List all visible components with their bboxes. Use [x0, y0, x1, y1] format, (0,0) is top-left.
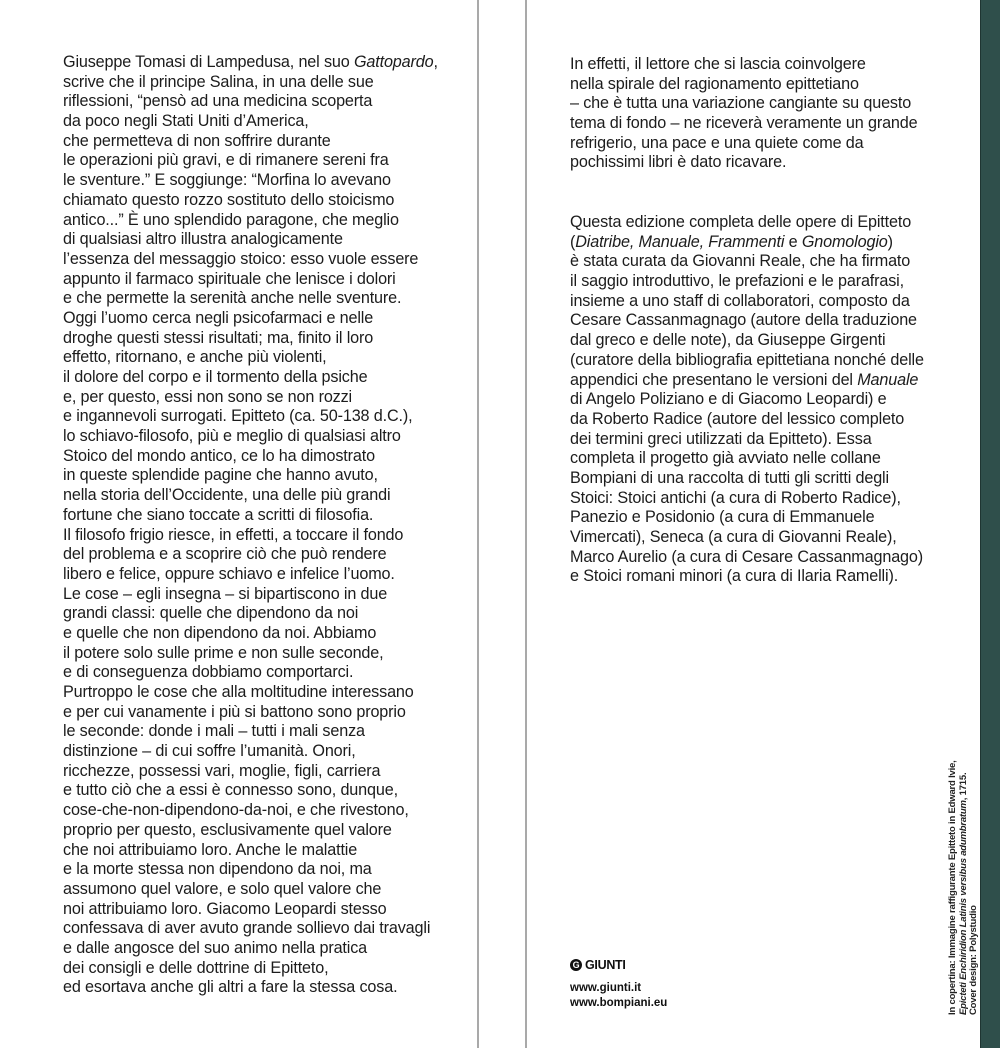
- cover-credits: In copertina: Immagine raffigurante Epit…: [948, 760, 980, 1015]
- text-line: Panezio e Posidonio (a cura di Emmanuele: [570, 508, 924, 528]
- text-line: Marco Aurelio (a cura di Cesare Cassanma…: [570, 548, 924, 568]
- text-line: e che permette la serenità anche nelle s…: [63, 289, 438, 309]
- text-line: e per cui vanamente i più si battono son…: [63, 703, 438, 723]
- giunti-url-link[interactable]: www.giunti.it: [570, 981, 667, 996]
- text-line: refrigerio, una pace e una quiete come d…: [570, 134, 918, 154]
- text-line: (Diatribe, Manuale, Frammenti e Gnomolog…: [570, 233, 924, 253]
- text-line: Stoico del mondo antico, ce lo ha dimost…: [63, 447, 438, 467]
- right-column-paragraph-1: In effetti, il lettore che si lascia coi…: [570, 55, 918, 173]
- text-line: insieme a uno staff di collaboratori, co…: [570, 292, 924, 312]
- text-line: del problema e a scoprire ciò che può re…: [63, 545, 438, 565]
- text-line: completa il progetto già avviato nelle c…: [570, 449, 924, 469]
- text-line: tema di fondo – ne riceverà veramente un…: [570, 114, 918, 134]
- text-line: di qualsiasi altro illustra analogicamen…: [63, 230, 438, 250]
- text-line: riflessioni, “pensò ad una medicina scop…: [63, 92, 438, 112]
- text-line: il potere solo sulle prime e non sulle s…: [63, 644, 438, 664]
- text-line: effetto, ritornano, e anche più violenti…: [63, 348, 438, 368]
- text-line: e, per questo, essi non sono se non rozz…: [63, 388, 438, 408]
- text-line: antico...” È uno splendido paragone, che…: [63, 211, 438, 231]
- fold-line-right: [525, 0, 527, 1048]
- text-line: e di conseguenza dobbiamo comportarci.: [63, 663, 438, 683]
- text-line: grandi classi: quelle che dipendono da n…: [63, 604, 438, 624]
- italic-title: Manuale: [857, 371, 918, 389]
- text-line: le seconde: donde i mali – tutti i mali …: [63, 722, 438, 742]
- italic-title: Diatribe, Manuale, Frammenti: [575, 233, 784, 251]
- text-line: nella spirale del ragionamento epittetia…: [570, 75, 918, 95]
- text-line: è stata curata da Giovanni Reale, che ha…: [570, 252, 924, 272]
- text-line: il saggio introduttivo, le prefazioni e …: [570, 272, 924, 292]
- text-line: Cesare Cassanmagnago (autore della tradu…: [570, 311, 924, 331]
- text-line: da Roberto Radice (autore del lessico co…: [570, 410, 924, 430]
- text-line: Il filosofo frigio riesce, in effetti, a…: [63, 526, 438, 546]
- book-spine-band: [980, 0, 1000, 1048]
- text-line: Purtroppo le cose che alla moltitudine i…: [63, 683, 438, 703]
- text-line: distinzione – di cui soffre l’umanità. O…: [63, 742, 438, 762]
- text-line: Giuseppe Tomasi di Lampedusa, nel suo Ga…: [63, 53, 438, 73]
- text-line: Le cose – egli insegna – si bipartiscono…: [63, 585, 438, 605]
- fold-line-left: [477, 0, 479, 1048]
- text-line: Oggi l’uomo cerca negli psicofarmaci e n…: [63, 309, 438, 329]
- right-column-paragraph-2: Questa edizione completa delle opere di …: [570, 213, 924, 587]
- text-line: ricchezze, possessi vari, moglie, figli,…: [63, 762, 438, 782]
- text-line: libero e felice, oppure schiavo e infeli…: [63, 565, 438, 585]
- text-line: confessava di aver avuto grande sollievo…: [63, 919, 438, 939]
- text-line: l’essenza del messaggio stoico: esso vuo…: [63, 250, 438, 270]
- left-column-text: Giuseppe Tomasi di Lampedusa, nel suo Ga…: [63, 53, 438, 998]
- text-line: In effetti, il lettore che si lascia coi…: [570, 55, 918, 75]
- text-line: proprio per questo, esclusivamente quel …: [63, 821, 438, 841]
- text-line: di Angelo Poliziano e di Giacomo Leopard…: [570, 390, 924, 410]
- text-line: pochissimi libri è dato ricavare.: [570, 153, 918, 173]
- text-line: noi attribuiamo loro. Giacomo Leopardi s…: [63, 900, 438, 920]
- text-line: dei consigli e delle dottrine di Epittet…: [63, 959, 438, 979]
- bompiani-url-link[interactable]: www.bompiani.eu: [570, 996, 667, 1011]
- text-line: Stoici: Stoici antichi (a cura di Robert…: [570, 489, 924, 509]
- text-line: in queste splendide pagine che hanno avu…: [63, 466, 438, 486]
- text-line: Bompiani di una raccolta di tutti gli sc…: [570, 469, 924, 489]
- italic-title: Gattopardo: [354, 53, 434, 71]
- italic-title: Gnomologio: [802, 233, 888, 251]
- text-line: e ingannevoli surrogati. Epitteto (ca. 5…: [63, 407, 438, 427]
- giunti-logo-icon: G: [570, 959, 582, 971]
- text-line: Questa edizione completa delle opere di …: [570, 213, 924, 233]
- italic-title: Epicteti Enchiridion Latinis versibus ad…: [958, 800, 969, 1015]
- text-line: Cover design: Polystudio: [969, 760, 980, 1015]
- text-line: e quelle che non dipendono da noi. Abbia…: [63, 624, 438, 644]
- text-line: e la morte stessa non dipendono da noi, …: [63, 860, 438, 880]
- giunti-logo: G GIUNTI: [570, 958, 667, 972]
- text-line: Vimercati), Seneca (a cura di Giovanni R…: [570, 528, 924, 548]
- text-line: e tutto ciò che a essi è connesso sono, …: [63, 781, 438, 801]
- text-line: le sventure.” E soggiunge: “Morfina lo a…: [63, 171, 438, 191]
- text-line: chiamato questo rozzo sostituto dello st…: [63, 191, 438, 211]
- text-line: che noi attribuiamo loro. Anche le malat…: [63, 841, 438, 861]
- text-line: ed esortava anche gli altri a fare la st…: [63, 978, 438, 998]
- text-line: – che è tutta una variazione cangiante s…: [570, 94, 918, 114]
- publisher-block: G GIUNTI www.giunti.it www.bompiani.eu: [570, 958, 667, 1011]
- text-line: lo schiavo-filosofo, più e meglio di qua…: [63, 427, 438, 447]
- text-line: fortune che siano toccate a scritti di f…: [63, 506, 438, 526]
- text-line: appunto il farmaco spirituale che lenisc…: [63, 270, 438, 290]
- text-line: che permetteva di non soffrire durante: [63, 132, 438, 152]
- giunti-logo-text: GIUNTI: [585, 958, 626, 972]
- text-line: e dalle angosce del suo animo nella prat…: [63, 939, 438, 959]
- text-line: il dolore del corpo e il tormento della …: [63, 368, 438, 388]
- text-line: nella storia dell’Occidente, una delle p…: [63, 486, 438, 506]
- text-line: da poco negli Stati Uniti d’America,: [63, 112, 438, 132]
- text-line: cose-che-non-dipendono-da-noi, e che riv…: [63, 801, 438, 821]
- text-line: assumono quel valore, e solo quel valore…: [63, 880, 438, 900]
- text-line: dei termini greci utilizzati da Epitteto…: [570, 430, 924, 450]
- text-line: scrive che il principe Salina, in una de…: [63, 73, 438, 93]
- text-line: dal greco e delle note), da Giuseppe Gir…: [570, 331, 924, 351]
- text-line: appendici che presentano le versioni del…: [570, 371, 924, 391]
- text-line: e Stoici romani minori (a cura di Ilaria…: [570, 567, 924, 587]
- text-line: le operazioni più gravi, e di rimanere s…: [63, 151, 438, 171]
- text-line: droghe questi stessi risultati; ma, fini…: [63, 329, 438, 349]
- text-line: (curatore della bibliografia epittetiana…: [570, 351, 924, 371]
